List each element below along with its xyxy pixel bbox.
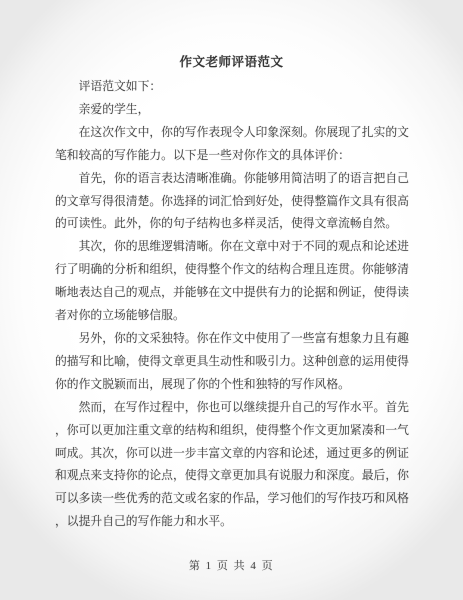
- text-line: 另外，你的文采独特。你在作文中使用了一些富有想象力且有趣: [55, 327, 411, 350]
- document-page: 作文老师评语范文 评语范文如下： 亲爱的学生， 在这次作文中，你的写作表现令人印…: [0, 0, 463, 600]
- text-line: 首先，你的语言表达清晰准确。你能够用简洁明了的语言把自己: [55, 167, 411, 190]
- text-line: 和观点来支持你的论点，使得文章更加具有说服力和深度。最后，你: [55, 464, 411, 487]
- text-line: 的文章写得很清楚。你选择的词汇恰到好处，使得整篇作文具有很高: [55, 190, 411, 213]
- text-line: 在这次作文中，你的写作表现令人印象深刻。你展现了扎实的文: [55, 121, 411, 144]
- text-line: 行了明确的分析和组织，使得整个作文的结构合理且连贯。你能够清: [55, 258, 411, 281]
- document-title: 作文老师评语范文: [0, 0, 463, 72]
- text-line: ，以提升自己的写作能力和水平。: [55, 510, 411, 533]
- text-line: 可以多读一些优秀的范文或名家的作品，学习他们的写作技巧和风格: [55, 487, 411, 510]
- document-body: 评语范文如下： 亲爱的学生， 在这次作文中，你的写作表现令人印象深刻。你展现了扎…: [55, 75, 411, 533]
- text-line: 其次，你的思维逻辑清晰。你在文章中对于不同的观点和论述进: [55, 235, 411, 258]
- text-line: 亲爱的学生，: [55, 98, 411, 121]
- text-line: 然而，在写作过程中，你也可以继续提升自己的写作水平。首先: [55, 396, 411, 419]
- text-line: 的描写和比喻，使得文章更具生动性和吸引力。这种创意的运用使得: [55, 350, 411, 373]
- text-line: 者对你的立场能够信服。: [55, 304, 411, 327]
- text-line: 的可读性。此外，你的句子结构也多样灵活，使得文章流畅自然。: [55, 212, 411, 235]
- text-line: 呵成。其次，你可以进一步丰富文章的内容和论述，通过更多的例证: [55, 442, 411, 465]
- page-number-footer: 第 1 页 共 4 页: [0, 557, 463, 573]
- text-line: 笔和较高的写作能力。以下是一些对你作文的具体评价：: [55, 144, 411, 167]
- text-line: 你的作文脱颖而出，展现了你的个性和独特的写作风格。: [55, 373, 411, 396]
- text-line: 评语范文如下：: [55, 75, 411, 98]
- text-line: ，你可以更加注重文章的结构和组织，使得整个作文更加紧凑和一气: [55, 419, 411, 442]
- text-line: 晰地表达自己的观点，并能够在文中提供有力的论据和例证，使得读: [55, 281, 411, 304]
